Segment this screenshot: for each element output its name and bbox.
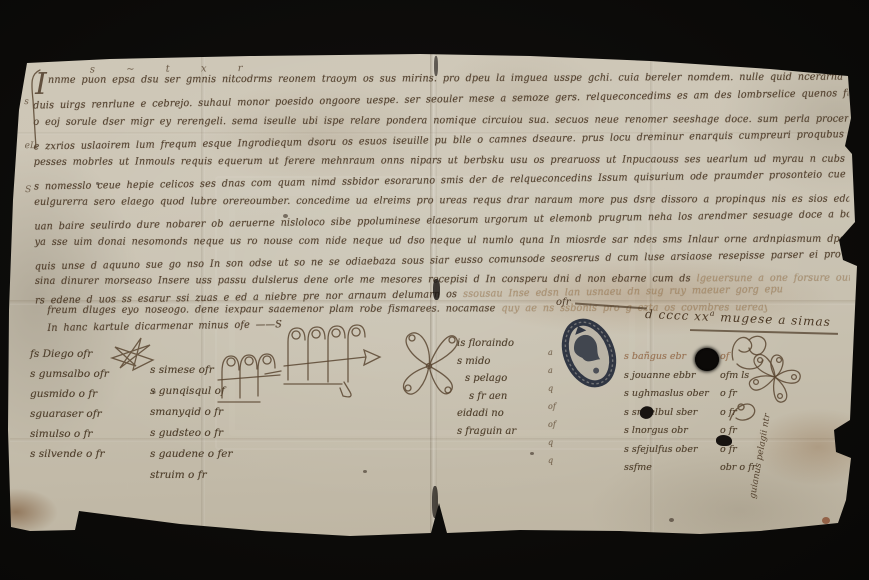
signature: gusmido o fr — [30, 384, 109, 404]
margin-mark: S — [25, 186, 31, 195]
interlaced-knot-signum-icon — [398, 328, 462, 406]
speck — [363, 470, 367, 473]
mark: q — [548, 380, 556, 398]
signature: s fr aen — [457, 388, 516, 406]
abbreviation-marks-column: a a q of of q q — [548, 344, 556, 470]
confirmation-ofr: ofr — [556, 298, 571, 308]
mark: q — [548, 434, 556, 452]
parchment-hole — [695, 348, 719, 371]
text-line: ya sse uim donai nesomonds neque us ro n… — [35, 234, 850, 247]
fold-tear-mark — [433, 279, 440, 300]
large-arcade-signum-icon — [282, 324, 384, 402]
text-line: quis unse d aquuno sue go nso In son ods… — [35, 250, 850, 273]
signature: s sfejulfus obero fr — [624, 441, 774, 460]
signature: s gumsalbo ofr — [30, 364, 109, 384]
text-line: nnme puon epsa dsu ser gmnis nitcodrms r… — [48, 72, 848, 85]
signature: eidadi no — [457, 405, 516, 423]
speck — [530, 452, 534, 455]
speck — [283, 214, 288, 218]
signature-column-3: is floraindo s mido s pelago s fr aen ei… — [457, 335, 516, 440]
signature: s pelago — [457, 370, 516, 388]
fold-tear-mark — [434, 56, 438, 76]
mark: q — [548, 452, 556, 470]
text-line: s nomesslo ceue hepie celicos ses dnas c… — [34, 170, 849, 193]
text-line: pesses mobrles ut Inmouls requis equerum… — [34, 154, 849, 167]
star-signum-icon — [110, 336, 156, 378]
ink-blot — [716, 435, 732, 446]
parchment-sheet: I s ~ t x r s eL S nnme puon epsa dsu se… — [0, 0, 869, 580]
speck — [96, 182, 99, 185]
photo-canvas: I s ~ t x r s eL S nnme puon epsa dsu se… — [0, 0, 869, 580]
signature: simulso o fr — [30, 424, 109, 444]
signature: is floraindo — [457, 335, 516, 353]
mark: a — [548, 362, 556, 380]
text-line: o eoj sorule dser migr ey rerengeli. sem… — [33, 114, 848, 127]
signature: s silvende o fr — [30, 444, 109, 464]
speck — [152, 390, 156, 394]
text-line: eulgurerra sero elaego quod lubre orereo… — [34, 194, 849, 207]
speck — [669, 518, 674, 522]
signature: s gaudene o fer — [150, 444, 233, 465]
mark: of — [548, 398, 556, 416]
mark: of — [548, 416, 556, 434]
small-flourish-icon — [726, 396, 762, 432]
signature: s mido — [457, 353, 516, 371]
text-line: uan baire seulirdo dure nobarer ob aerue… — [34, 210, 849, 233]
text-line: duis uirgs renrlune e cebrejo. suhaul mo… — [33, 89, 848, 112]
signature: s gudsteo o fr — [150, 423, 233, 444]
fold-tear-mark — [432, 486, 438, 518]
red-stain — [822, 517, 830, 524]
signature: s fraguin ar — [457, 423, 516, 441]
signature-column-1: fs Diego ofr s gumsalbo ofr gusmido o fr… — [30, 344, 109, 464]
signature: fs Diego ofr — [30, 344, 109, 364]
margin-bracket-stroke — [28, 68, 44, 156]
signature: struim o fr — [150, 465, 233, 486]
small-arcade-signum-icon — [218, 346, 284, 414]
signature: sguaraser ofr — [30, 404, 109, 424]
text-line: e zxrios uslaoirem lum frequm esque Ingr… — [34, 130, 849, 153]
